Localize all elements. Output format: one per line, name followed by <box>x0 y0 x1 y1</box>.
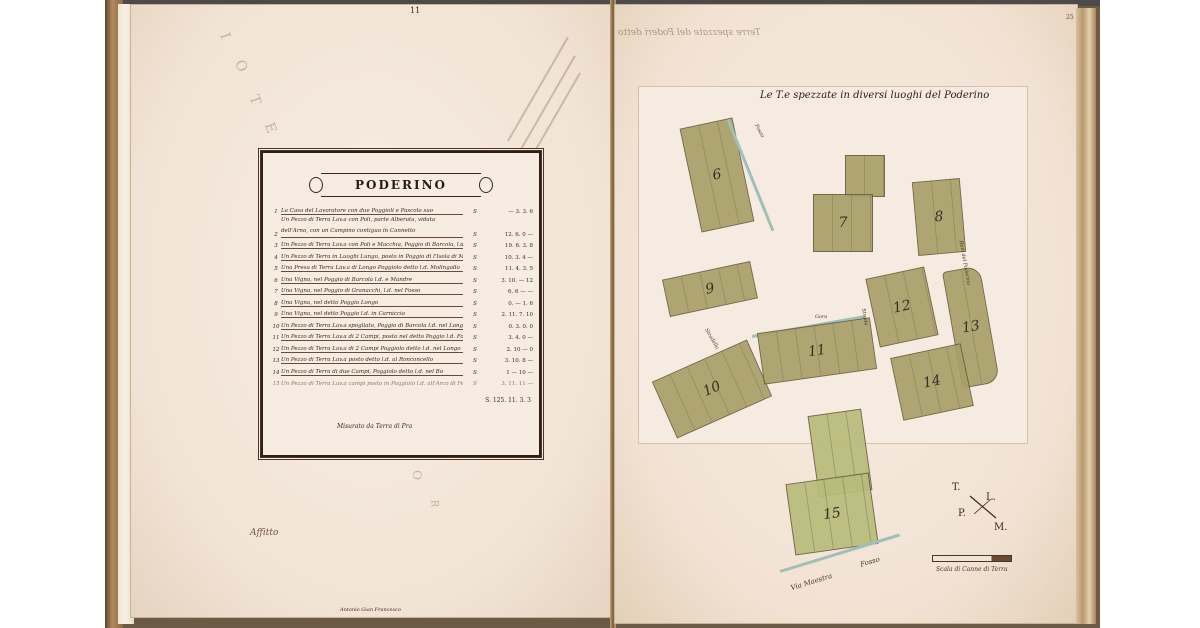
table-row: 7Una Vigna, nel Poggio di Granacchi, l.d… <box>271 284 533 296</box>
compass-rose: T. L. P. M. <box>950 482 1020 542</box>
table-row: 3Un Pezzo di Terra Lav.a con Poli e Macc… <box>271 238 533 250</box>
scale-label: Scala di Canne di Terra <box>936 566 1008 573</box>
table-row: 10Un Pezzo di Terra Lav.a spogliato, Pog… <box>271 318 533 330</box>
bleed-through-title: Terre spezzate del Poderi detto <box>618 28 761 38</box>
ghost-letter: R <box>428 500 439 508</box>
compass-needle-icon <box>950 482 1020 542</box>
table-title-banner: PODERINO <box>321 173 481 197</box>
table-rows: 1La Casa del Lavoratore con due Poggioli… <box>271 203 533 387</box>
ghost-letter: O <box>410 470 424 480</box>
table-row: 11Un Pezzo di Terra Lav.a di 2 Campi, po… <box>271 330 533 342</box>
table-row: 14Un Pezzo di Terra di due Campi, Poggio… <box>271 364 533 376</box>
table-row: 2Un Pezzo di Terra Lav.a con Poli, parte… <box>271 215 533 238</box>
parcel-7-upper <box>845 155 885 197</box>
map-scale-bar <box>932 555 1012 562</box>
bleed-through-text: Affitto <box>250 528 278 538</box>
table-row: 12Un Pezzo di Terra Lav.a di 2 Campi Pog… <box>271 341 533 353</box>
table-row: 6Una Vigna, nel Poggio di Barcola l.d. e… <box>271 272 533 284</box>
map-label: Gora <box>815 314 827 320</box>
table-row: 9Una Vigna, nel detto Poggio l.d. in Car… <box>271 307 533 319</box>
poderino-table-panel: PODERINO 1La Casa del Lavoratore con due… <box>258 148 544 460</box>
bottom-note: Antonio Gian Francesco <box>340 607 401 613</box>
table-total: S. 125. 11. 3. 3 <box>485 397 531 404</box>
table-row: 1La Casa del Lavoratore con due Poggioli… <box>271 203 533 215</box>
parcel-7: 7 <box>813 194 873 252</box>
table-row: 4Un Pezzo di Terra in Luoghi Lungo, post… <box>271 249 533 261</box>
page-edges-right <box>1076 8 1096 624</box>
folio-mark: 11 <box>410 6 420 15</box>
surveyor-signature: Misurato da Terra di Pra <box>337 423 412 430</box>
map-title: Le T.e spezzate in diversi luoghi del Po… <box>760 90 989 101</box>
table-row: 5Una Presa di Terra Lav.a di Longo Poggi… <box>271 261 533 273</box>
table-row: 13Un Pezzo di Terra Lav.a posto detto l.… <box>271 353 533 365</box>
table-row: 15Un Pezzo di Terra Lav.a campi posto in… <box>271 376 533 388</box>
page-folio: 25 <box>1066 14 1074 21</box>
table-row: 8Una Vigna, nel detto Poggio LongoS0. — … <box>271 295 533 307</box>
